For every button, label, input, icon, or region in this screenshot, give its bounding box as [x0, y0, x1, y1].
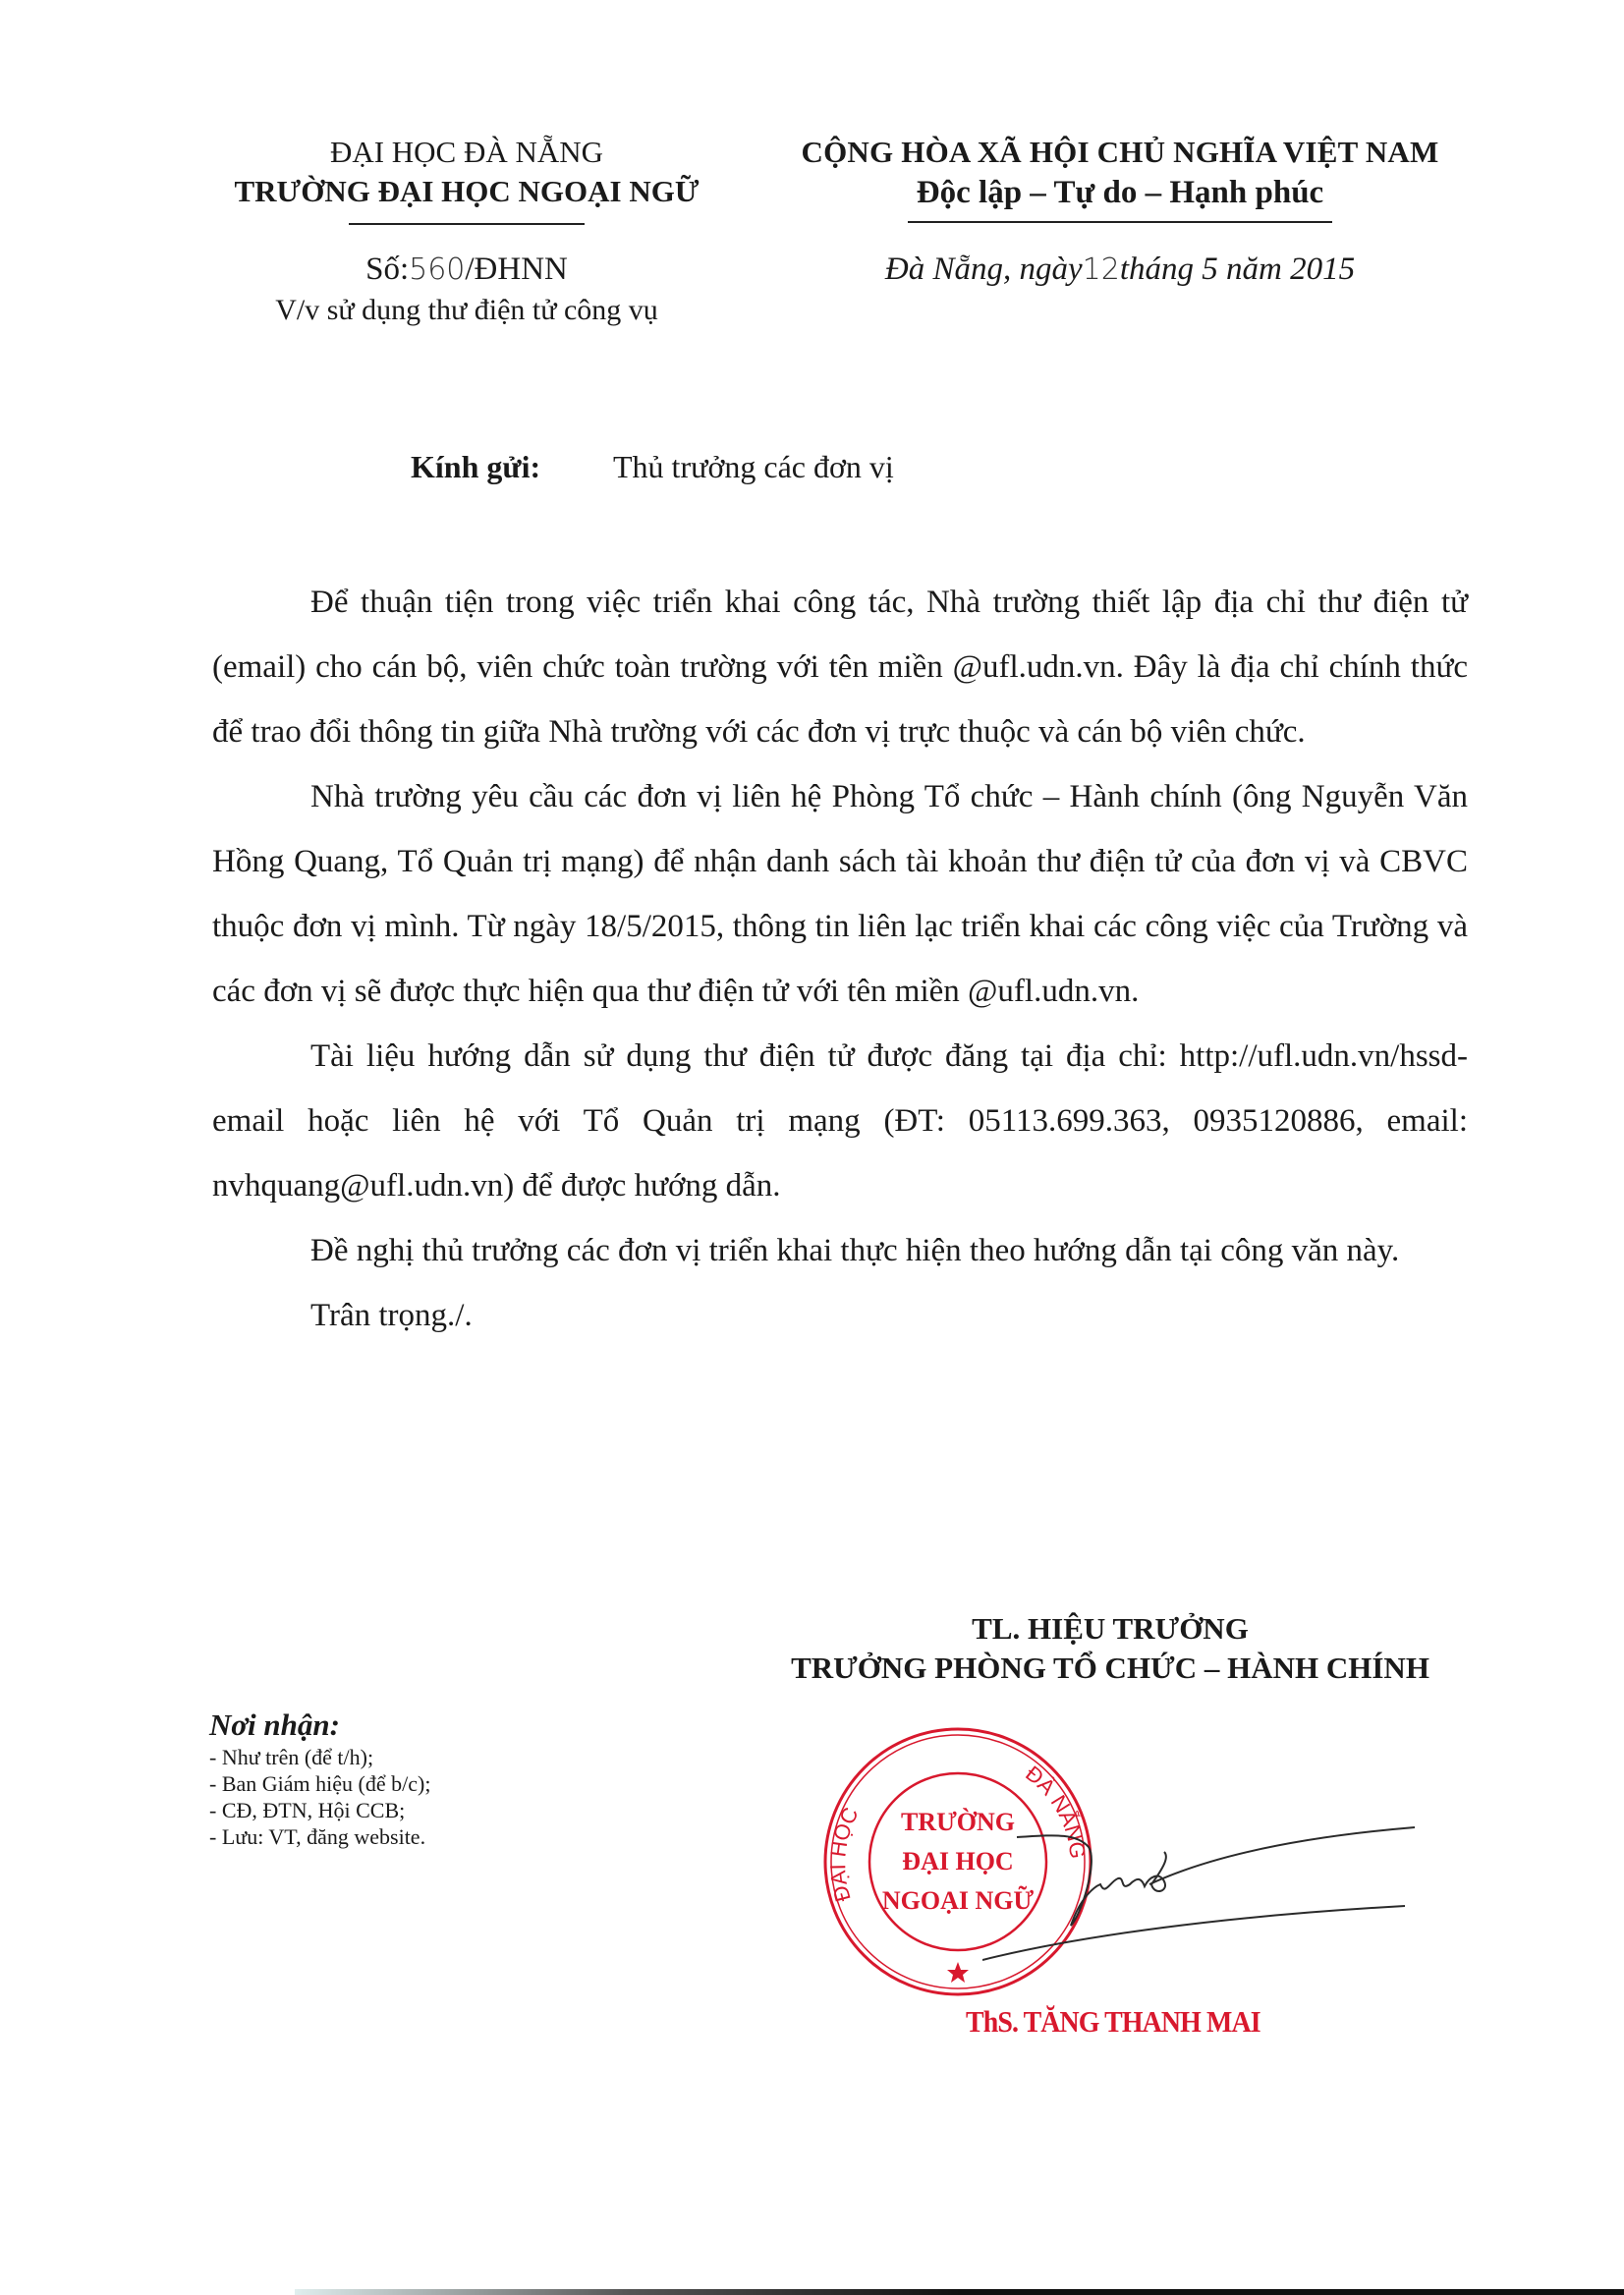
signature-title-line1: TL. HIỆU TRƯỞNG: [727, 1609, 1493, 1649]
body-paragraph: Trân trọng./.: [212, 1283, 1468, 1348]
national-motto: Độc lập – Tự do – Hạnh phúc: [766, 172, 1474, 213]
document-date: Đà Nẵng, ngày12tháng 5 năm 2015: [766, 249, 1474, 291]
number-prefix: Số:: [365, 252, 409, 287]
body-paragraph: Đề nghị thủ trưởng các đơn vị triển khai…: [212, 1218, 1468, 1283]
divider: [908, 221, 1332, 223]
date-suffix: tháng 5 năm 2015: [1120, 252, 1355, 287]
number-handwritten: 560: [409, 252, 465, 287]
date-day-handwritten: 12: [1083, 252, 1120, 287]
divider: [349, 223, 585, 225]
addressee-label: Kính gửi:: [411, 447, 613, 486]
ministry-name: ĐẠI HỌC ĐÀ NẴNG: [196, 133, 737, 172]
body-paragraph: Tài liệu hướng dẫn sử dụng thư điện tử đ…: [212, 1024, 1468, 1218]
handwritten-signature-icon: [982, 1768, 1434, 1975]
star-icon: [947, 1962, 969, 1983]
number-suffix: /ĐHNN: [465, 252, 568, 287]
issuer-block: ĐẠI HỌC ĐÀ NẴNG TRƯỜNG ĐẠI HỌC NGOẠI NGỮ…: [196, 133, 737, 330]
letter-body: Để thuận tiện trong việc triển khai công…: [212, 570, 1468, 1348]
recipient-item: - Như trên (để t/h);: [209, 1744, 622, 1770]
country-name: CỘNG HÒA XÃ HỘI CHỦ NGHĨA VIỆT NAM: [766, 133, 1474, 172]
addressee-value: Thủ trưởng các đơn vị: [613, 449, 894, 484]
addressee-line: Kính gửi:Thủ trưởng các đơn vị: [411, 447, 894, 486]
body-paragraph: Để thuận tiện trong việc triển khai công…: [212, 570, 1468, 764]
body-paragraph: Nhà trường yêu cầu các đơn vị liên hệ Ph…: [212, 764, 1468, 1024]
signer-name: ThS. TĂNG THANH MAI: [966, 2002, 1260, 2042]
document-subject: V/v sử dụng thư điện tử công vụ: [196, 291, 737, 330]
signature-title: TL. HIỆU TRƯỞNG TRƯỞNG PHÒNG TỔ CHỨC – H…: [727, 1609, 1493, 1688]
recipient-item: - CĐ, ĐTN, Hội CCB;: [209, 1797, 622, 1823]
document-number: Số:560/ĐHNN: [196, 249, 737, 291]
recipients-heading: Nơi nhận:: [209, 1707, 622, 1744]
signature-title-line2: TRƯỞNG PHÒNG TỔ CHỨC – HÀNH CHÍNH: [727, 1649, 1493, 1688]
scan-edge: [295, 2289, 1624, 2295]
date-prefix: Đà Nẵng, ngày: [885, 252, 1083, 287]
recipient-item: - Lưu: VT, đăng website.: [209, 1823, 622, 1850]
recipients-block: Nơi nhận: - Như trên (để t/h); - Ban Giá…: [209, 1707, 622, 1850]
school-name: TRƯỜNG ĐẠI HỌC NGOẠI NGỮ: [196, 172, 737, 211]
recipient-item: - Ban Giám hiệu (để b/c);: [209, 1770, 622, 1797]
national-header: CỘNG HÒA XÃ HỘI CHỦ NGHĨA VIỆT NAM Độc l…: [766, 133, 1474, 291]
recipients-list: - Như trên (để t/h); - Ban Giám hiệu (để…: [209, 1744, 622, 1850]
